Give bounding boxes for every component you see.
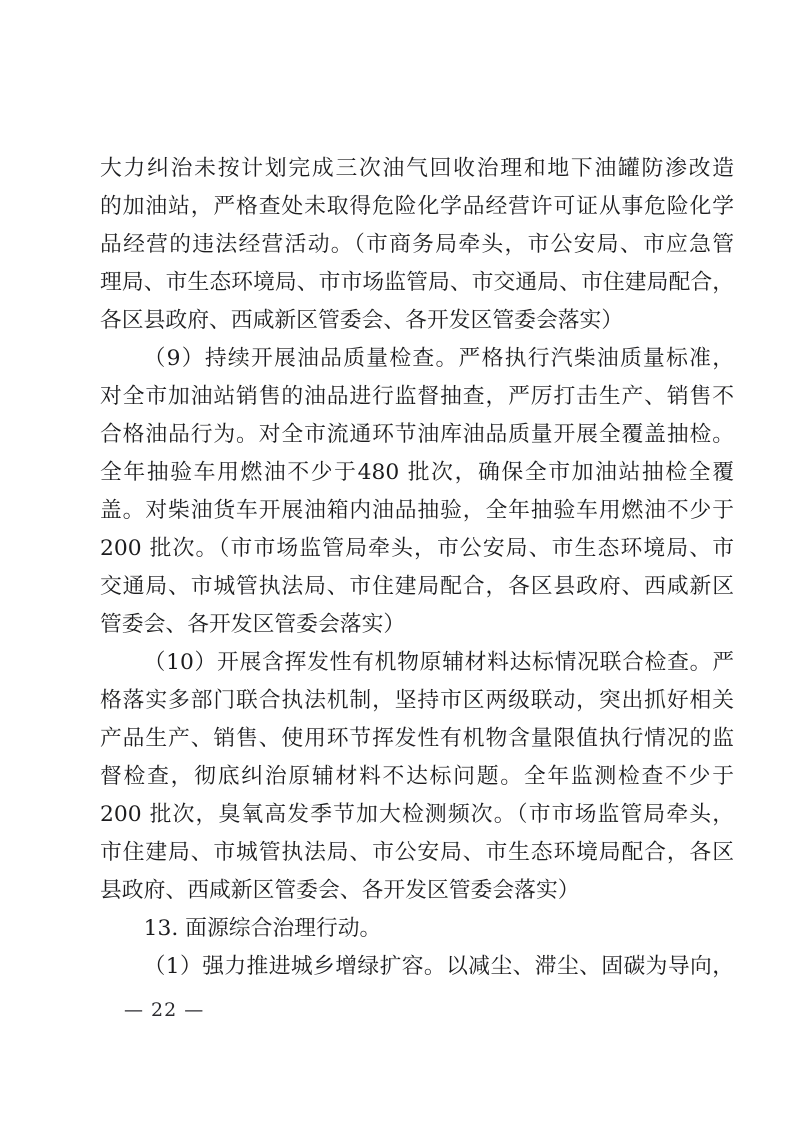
text-line: 200 批次，臭氧高发季节加大检测频次。（市市场监管局牵头， [100, 796, 734, 834]
text-line: 品经营的违法经营活动。（市商务局牵头，市公安局、市应急管 [100, 226, 734, 264]
text-line: 200 批次。（市市场监管局牵头，市公安局、市生态环境局、市 [100, 530, 734, 568]
page-number-footer: — 22 — [124, 999, 204, 1021]
paragraph: （1）强力推进城乡增绿扩容。以减尘、滞尘、固碳为导向， [100, 948, 734, 986]
text-line: 管委会、各开发区管委会落实） [100, 606, 734, 644]
text-line: 的加油站，严格查处未取得危险化学品经营许可证从事危险化学 [100, 188, 734, 226]
document-page: 大力纠治未按计划完成三次油气回收治理和地下油罐防渗改造的加油站，严格查处未取得危… [0, 0, 794, 1123]
text-line: 县政府、西咸新区管委会、各开发区管委会落实） [100, 872, 734, 910]
text-line: 全年抽验车用燃油不少于480 批次，确保全市加油站抽检全覆 [100, 454, 734, 492]
text-line: 对全市加油站销售的油品进行监督抽查，严厉打击生产、销售不 [100, 378, 734, 416]
text-line: 各区县政府、西咸新区管委会、各开发区管委会落实） [100, 302, 734, 340]
paragraph: 大力纠治未按计划完成三次油气回收治理和地下油罐防渗改造的加油站，严格查处未取得危… [100, 150, 734, 340]
text-line: 市住建局、市城管执法局、市公安局、市生态环境局配合，各区 [100, 834, 734, 872]
text-line: 理局、市生态环境局、市市场监管局、市交通局、市住建局配合， [100, 264, 734, 302]
text-line: （10）开展含挥发性有机物原辅材料达标情况联合检查。严 [100, 644, 734, 682]
text-line: 合格油品行为。对全市流通环节油库油品质量开展全覆盖抽检。 [100, 416, 734, 454]
text-line: 大力纠治未按计划完成三次油气回收治理和地下油罐防渗改造 [100, 150, 734, 188]
text-line: 13. 面源综合治理行动。 [100, 910, 734, 948]
text-line: 交通局、市城管执法局、市住建局配合，各区县政府、西咸新区 [100, 568, 734, 606]
text-line: 产品生产、销售、使用环节挥发性有机物含量限值执行情况的监 [100, 720, 734, 758]
text-line: 督检查，彻底纠治原辅材料不达标问题。全年监测检查不少于 [100, 758, 734, 796]
text-line: （9）持续开展油品质量检查。严格执行汽柴油质量标准， [100, 340, 734, 378]
paragraph: （10）开展含挥发性有机物原辅材料达标情况联合检查。严格落实多部门联合执法机制，… [100, 644, 734, 910]
paragraph: （9）持续开展油品质量检查。严格执行汽柴油质量标准，对全市加油站销售的油品进行监… [100, 340, 734, 644]
paragraph: 13. 面源综合治理行动。 [100, 910, 734, 948]
body-text: 大力纠治未按计划完成三次油气回收治理和地下油罐防渗改造的加油站，严格查处未取得危… [100, 150, 734, 986]
text-line: （1）强力推进城乡增绿扩容。以减尘、滞尘、固碳为导向， [100, 948, 734, 986]
text-line: 盖。对柴油货车开展油箱内油品抽验，全年抽验车用燃油不少于 [100, 492, 734, 530]
text-line: 格落实多部门联合执法机制，坚持市区两级联动，突出抓好相关 [100, 682, 734, 720]
